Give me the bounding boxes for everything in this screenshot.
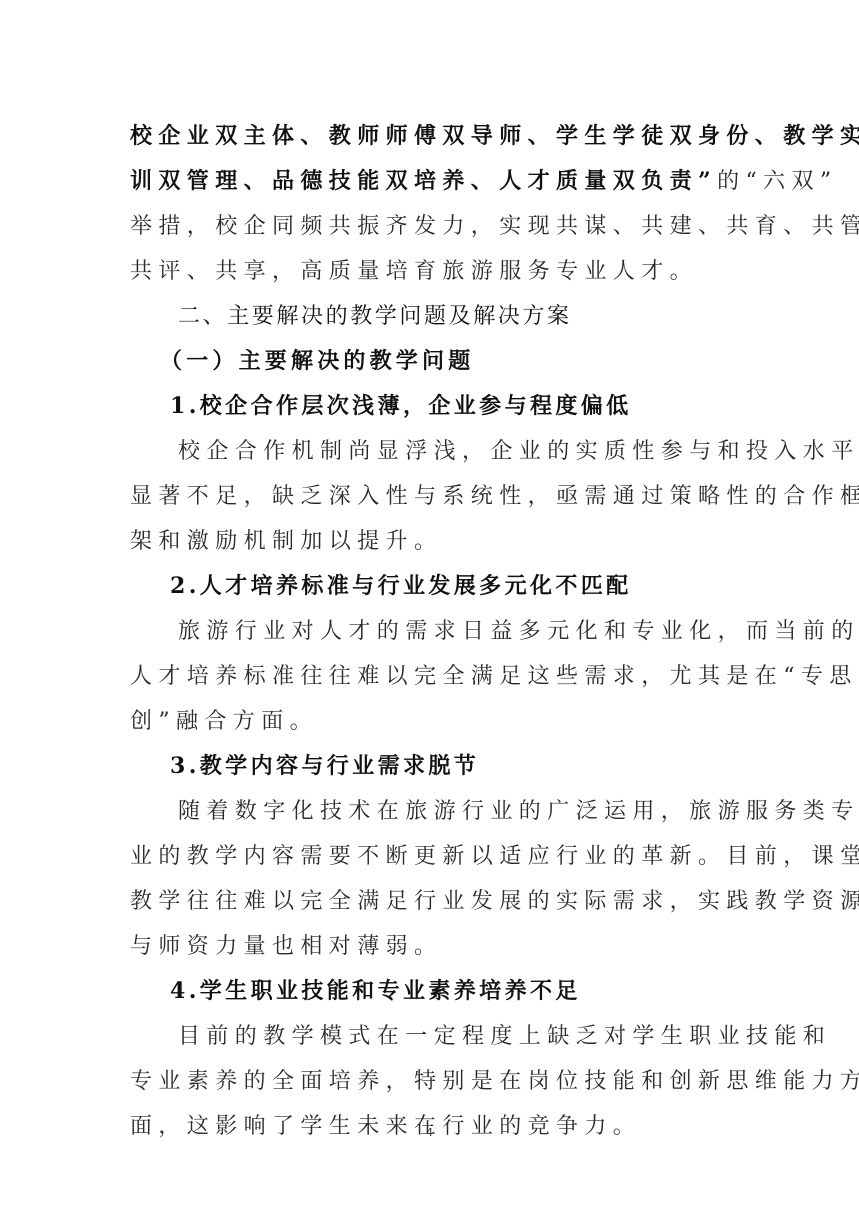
text-line: 训双管理、品德技能双培养、人才质量双负责”的“六双”	[130, 159, 730, 204]
section-heading: 二、主要解决的教学问题及解决方案	[130, 294, 730, 339]
text-line: 架和激励机制加以提升。	[130, 519, 730, 564]
text-line: 业的教学内容需要不断更新以适应行业的革新。目前，课堂	[130, 834, 730, 879]
item-heading-1: 1.校企合作层次浅薄，企业参与程度偏低	[130, 384, 730, 429]
text-line: 教学往往难以完全满足行业发展的实际需求，实践教学资源	[130, 879, 730, 924]
item-paragraph-1: 校企合作机制尚显浮浅，企业的实质性参与和投入水平 显著不足，缺乏深入性与系统性，…	[130, 429, 730, 564]
item-heading-4: 4.学生职业技能和专业素养培养不足	[130, 969, 730, 1014]
page-content: 校企业双主体、教师师傅双导师、学生学徒双身份、教学实 训双管理、品德技能双培养、…	[130, 114, 730, 1149]
text-line: 专业素养的全面培养，特别是在岗位技能和创新思维能力方	[130, 1059, 730, 1104]
text-line: 显著不足，缺乏深入性与系统性，亟需通过策略性的合作框	[130, 474, 730, 519]
text-line: 共评、共享，高质量培育旅游服务专业人才。	[130, 249, 730, 294]
text-line: 随着数字化技术在旅游行业的广泛运用，旅游服务类专	[130, 789, 730, 834]
text-line: 举措，校企同频共振齐发力，实现共谋、共建、共育、共管、	[130, 204, 730, 249]
item-heading-3: 3.教学内容与行业需求脱节	[130, 744, 730, 789]
text-line: 与师资力量也相对薄弱。	[130, 924, 730, 969]
text-line: 人才培养标准往往难以完全满足这些需求，尤其是在“专思	[130, 654, 730, 699]
text-line: 旅游行业对人才的需求日益多元化和专业化，而当前的	[130, 609, 730, 654]
text-line: 校企合作机制尚显浮浅，企业的实质性参与和投入水平	[130, 429, 730, 474]
item-paragraph-2: 旅游行业对人才的需求日益多元化和专业化，而当前的 人才培养标准往往难以完全满足这…	[130, 609, 730, 744]
subsection-heading: （一）主要解决的教学问题	[130, 339, 730, 384]
item-heading-2: 2.人才培养标准与行业发展多元化不匹配	[130, 564, 730, 609]
page-number: 4	[0, 1126, 859, 1139]
text-line: 创”融合方面。	[130, 699, 730, 744]
item-paragraph-3: 随着数字化技术在旅游行业的广泛运用，旅游服务类专 业的教学内容需要不断更新以适应…	[130, 789, 730, 969]
intro-paragraph: 校企业双主体、教师师傅双导师、学生学徒双身份、教学实 训双管理、品德技能双培养、…	[130, 114, 730, 294]
text-line: 校企业双主体、教师师傅双导师、学生学徒双身份、教学实	[130, 114, 730, 159]
text-line: 目前的教学模式在一定程度上缺乏对学生职业技能和	[130, 1014, 730, 1059]
document-page: 校企业双主体、教师师傅双导师、学生学徒双身份、教学实 训双管理、品德技能双培养、…	[0, 0, 859, 1216]
